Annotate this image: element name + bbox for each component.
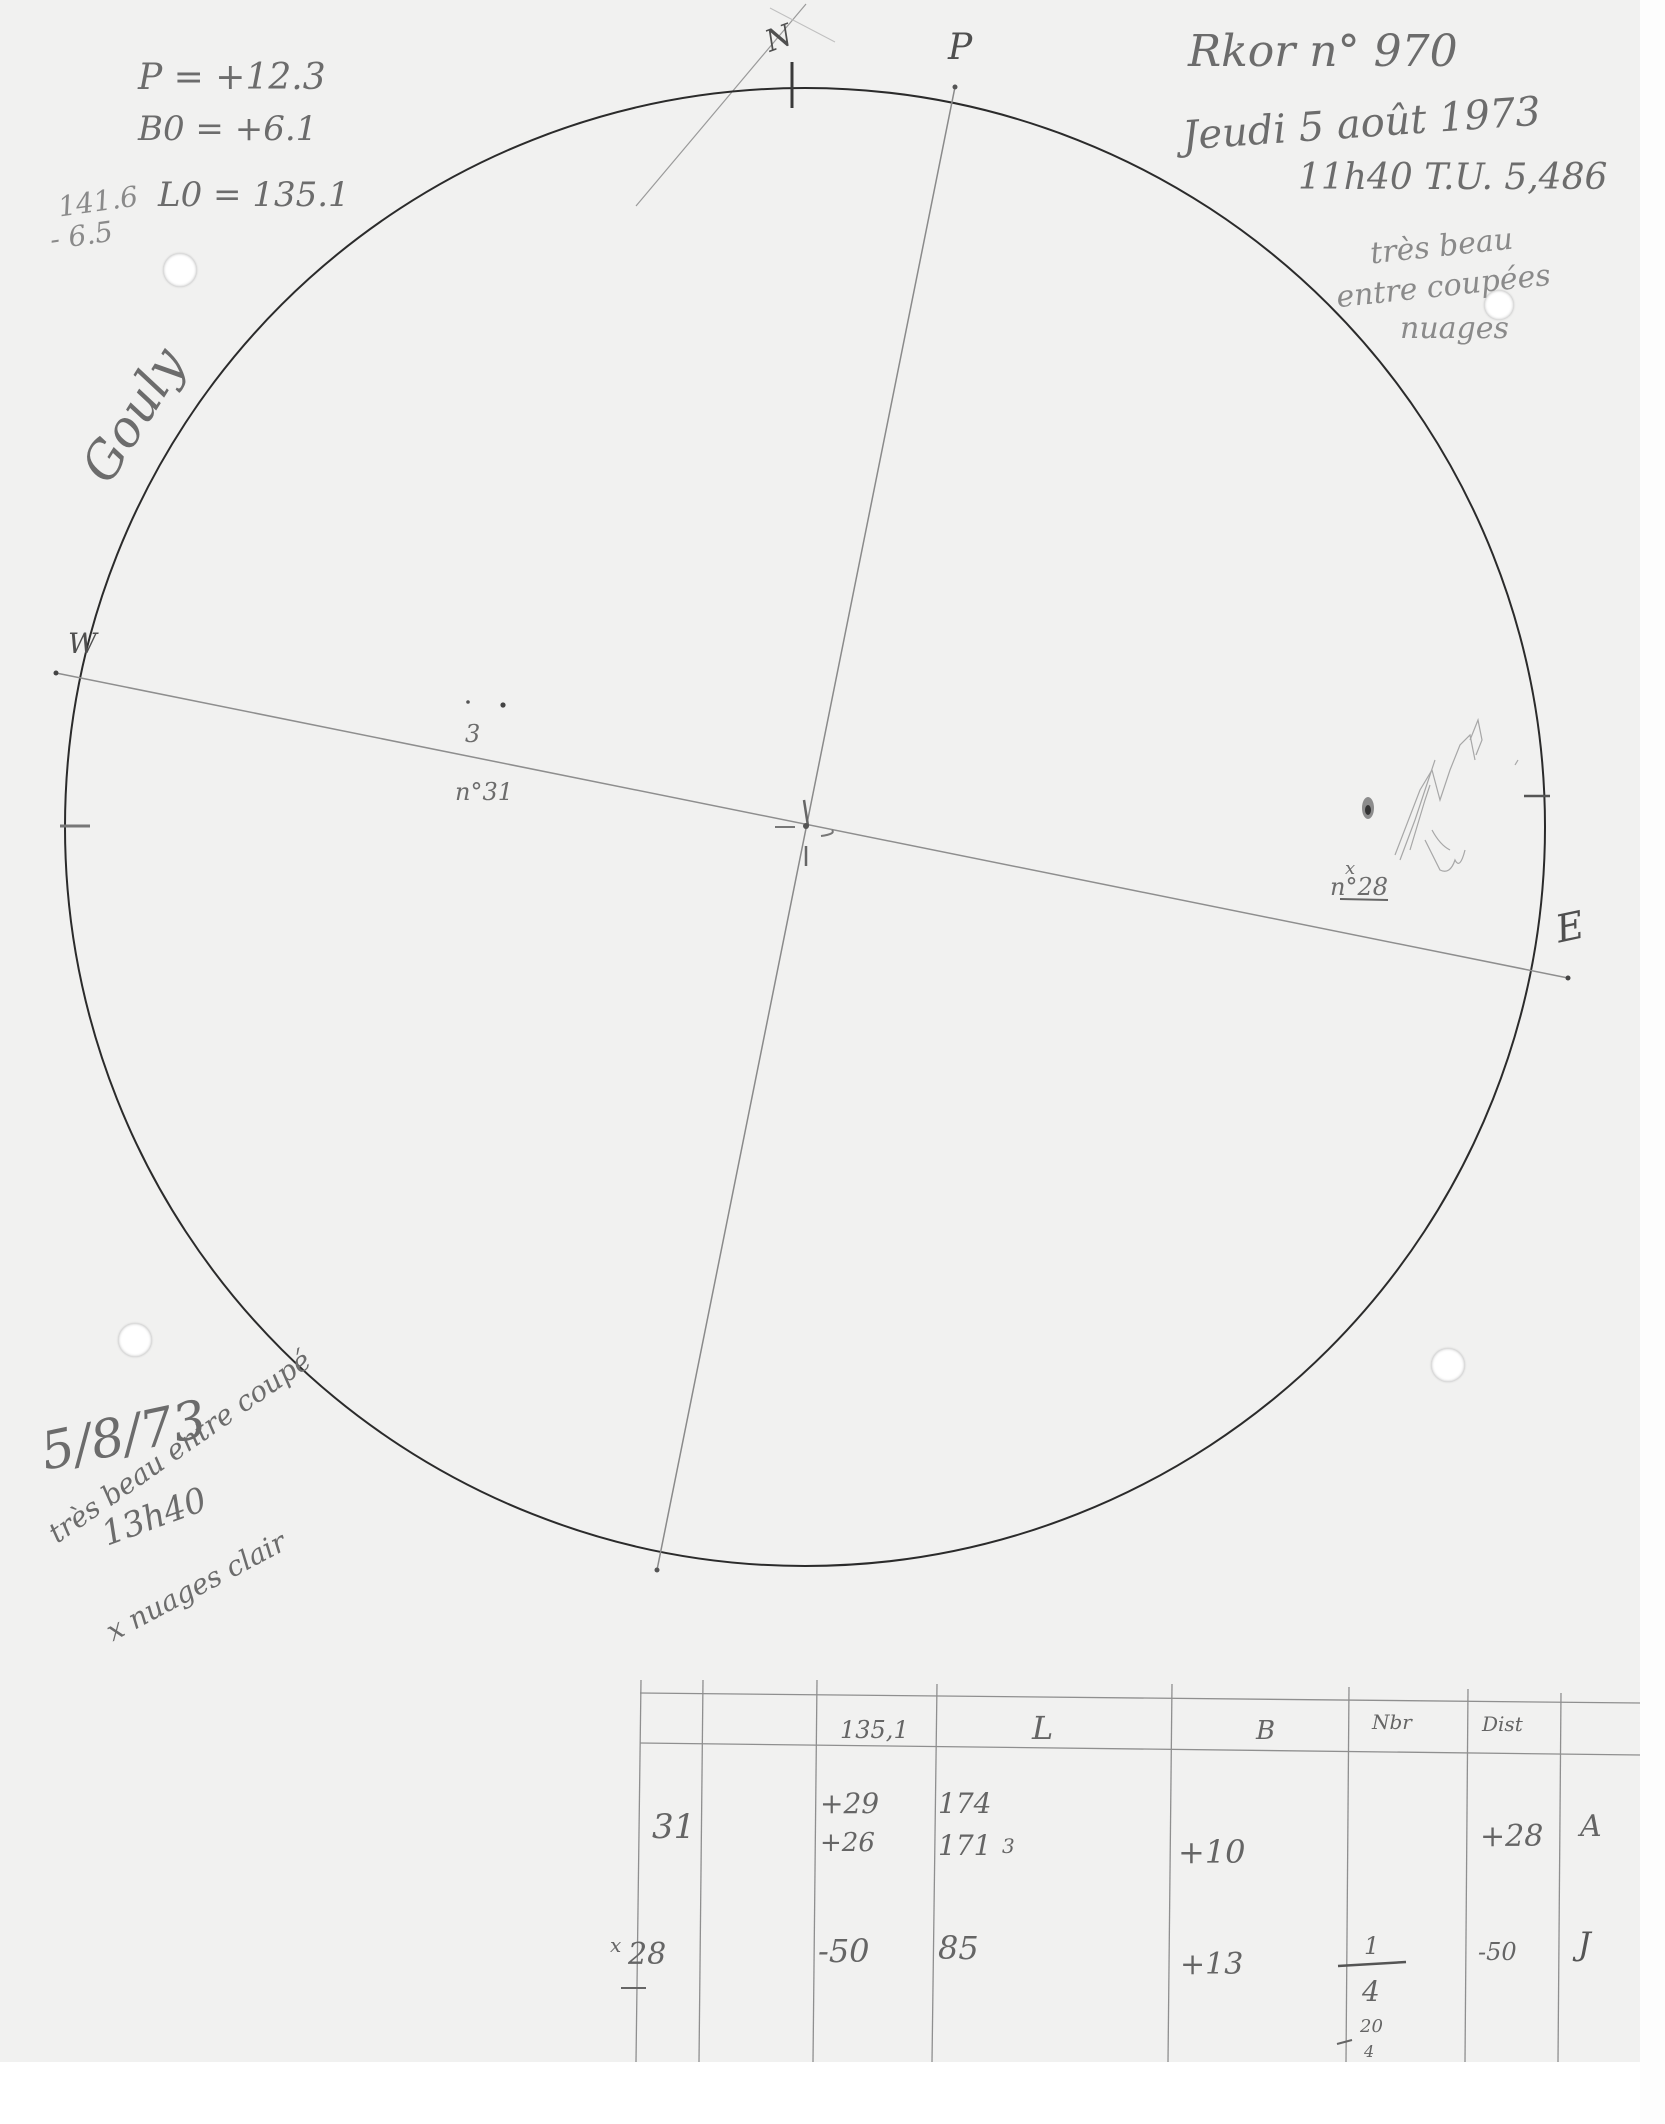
disk-center-point (803, 823, 809, 829)
hole-punch (163, 253, 197, 287)
group-id-label: n°28 (1330, 875, 1388, 899)
sunspot-dot (466, 700, 470, 704)
table-cell-count: 3 (1002, 1836, 1015, 1856)
table-cell-b: +13 (1180, 1950, 1243, 1980)
equator-line (56, 673, 1568, 978)
table-cell-dist: +28 (1480, 1822, 1543, 1852)
table-cell-count: 1 (1364, 1934, 1379, 1958)
table-header-count: Nbr (1372, 1712, 1412, 1732)
west-point (54, 671, 59, 676)
table-header-dist: Dist (1482, 1714, 1523, 1734)
report-number: Rkor n° 970 (1188, 30, 1458, 74)
table-cell-mark: x (610, 1935, 621, 1955)
fraction-bar (1337, 2040, 1352, 2044)
table-header-l: L (1032, 1712, 1053, 1744)
table-cell-class: A (1580, 1812, 1602, 1842)
table-cell-count: 4 (1364, 2044, 1374, 2060)
table-cell-class: J (1578, 1928, 1591, 1960)
pole-point (953, 85, 958, 90)
table-cell-count: 4 (1362, 1978, 1380, 2006)
center-mark (821, 830, 833, 836)
west-label: W (68, 630, 97, 658)
group-id-label: n°31 (455, 780, 513, 804)
table-cell-dist: -50 (1478, 1940, 1517, 1964)
table-cell-count: 20 (1360, 2018, 1383, 2036)
table-cell-delta-l: +29 (820, 1790, 879, 1818)
table-header-b: B (1256, 1718, 1275, 1744)
table-cell-l: 85 (938, 1932, 979, 1964)
sunspot-umbra (1365, 805, 1371, 815)
center-mark (804, 800, 808, 826)
table-cell-group: 31 (652, 1810, 695, 1844)
pole-label: P (948, 30, 972, 66)
observation-time: 11h40 T.U. 5,486 (1298, 160, 1607, 196)
fraction-bar (1338, 1962, 1406, 1966)
pole-point-south (655, 1568, 660, 1573)
sunspot-dot (500, 702, 505, 707)
table-header-l-ref: 135,1 (840, 1718, 909, 1742)
table-cell-delta-l: -50 (818, 1935, 870, 1967)
faculae-sketch (1395, 720, 1518, 871)
data-table-grid (636, 1680, 1640, 2062)
p-angle-note: P = +12.3 (138, 60, 326, 96)
table-cell-group: 28 (628, 1940, 666, 1970)
calc-note: - 6.5 (48, 218, 114, 254)
l0-note: L0 = 135.1 (158, 178, 350, 212)
table-cell-b: +10 (1178, 1836, 1246, 1868)
table-cell-l: 171 (938, 1832, 991, 1860)
b0-note: B0 = +6.1 (138, 112, 317, 146)
east-point (1566, 976, 1571, 981)
seeing-conditions: nuages (1400, 314, 1509, 344)
table-cell-delta-l: +26 (820, 1830, 875, 1856)
table-cell-l: 174 (938, 1790, 991, 1818)
hole-punch (118, 1323, 152, 1357)
hole-punch (1431, 1348, 1465, 1382)
group-count-label: 3 (465, 722, 480, 746)
